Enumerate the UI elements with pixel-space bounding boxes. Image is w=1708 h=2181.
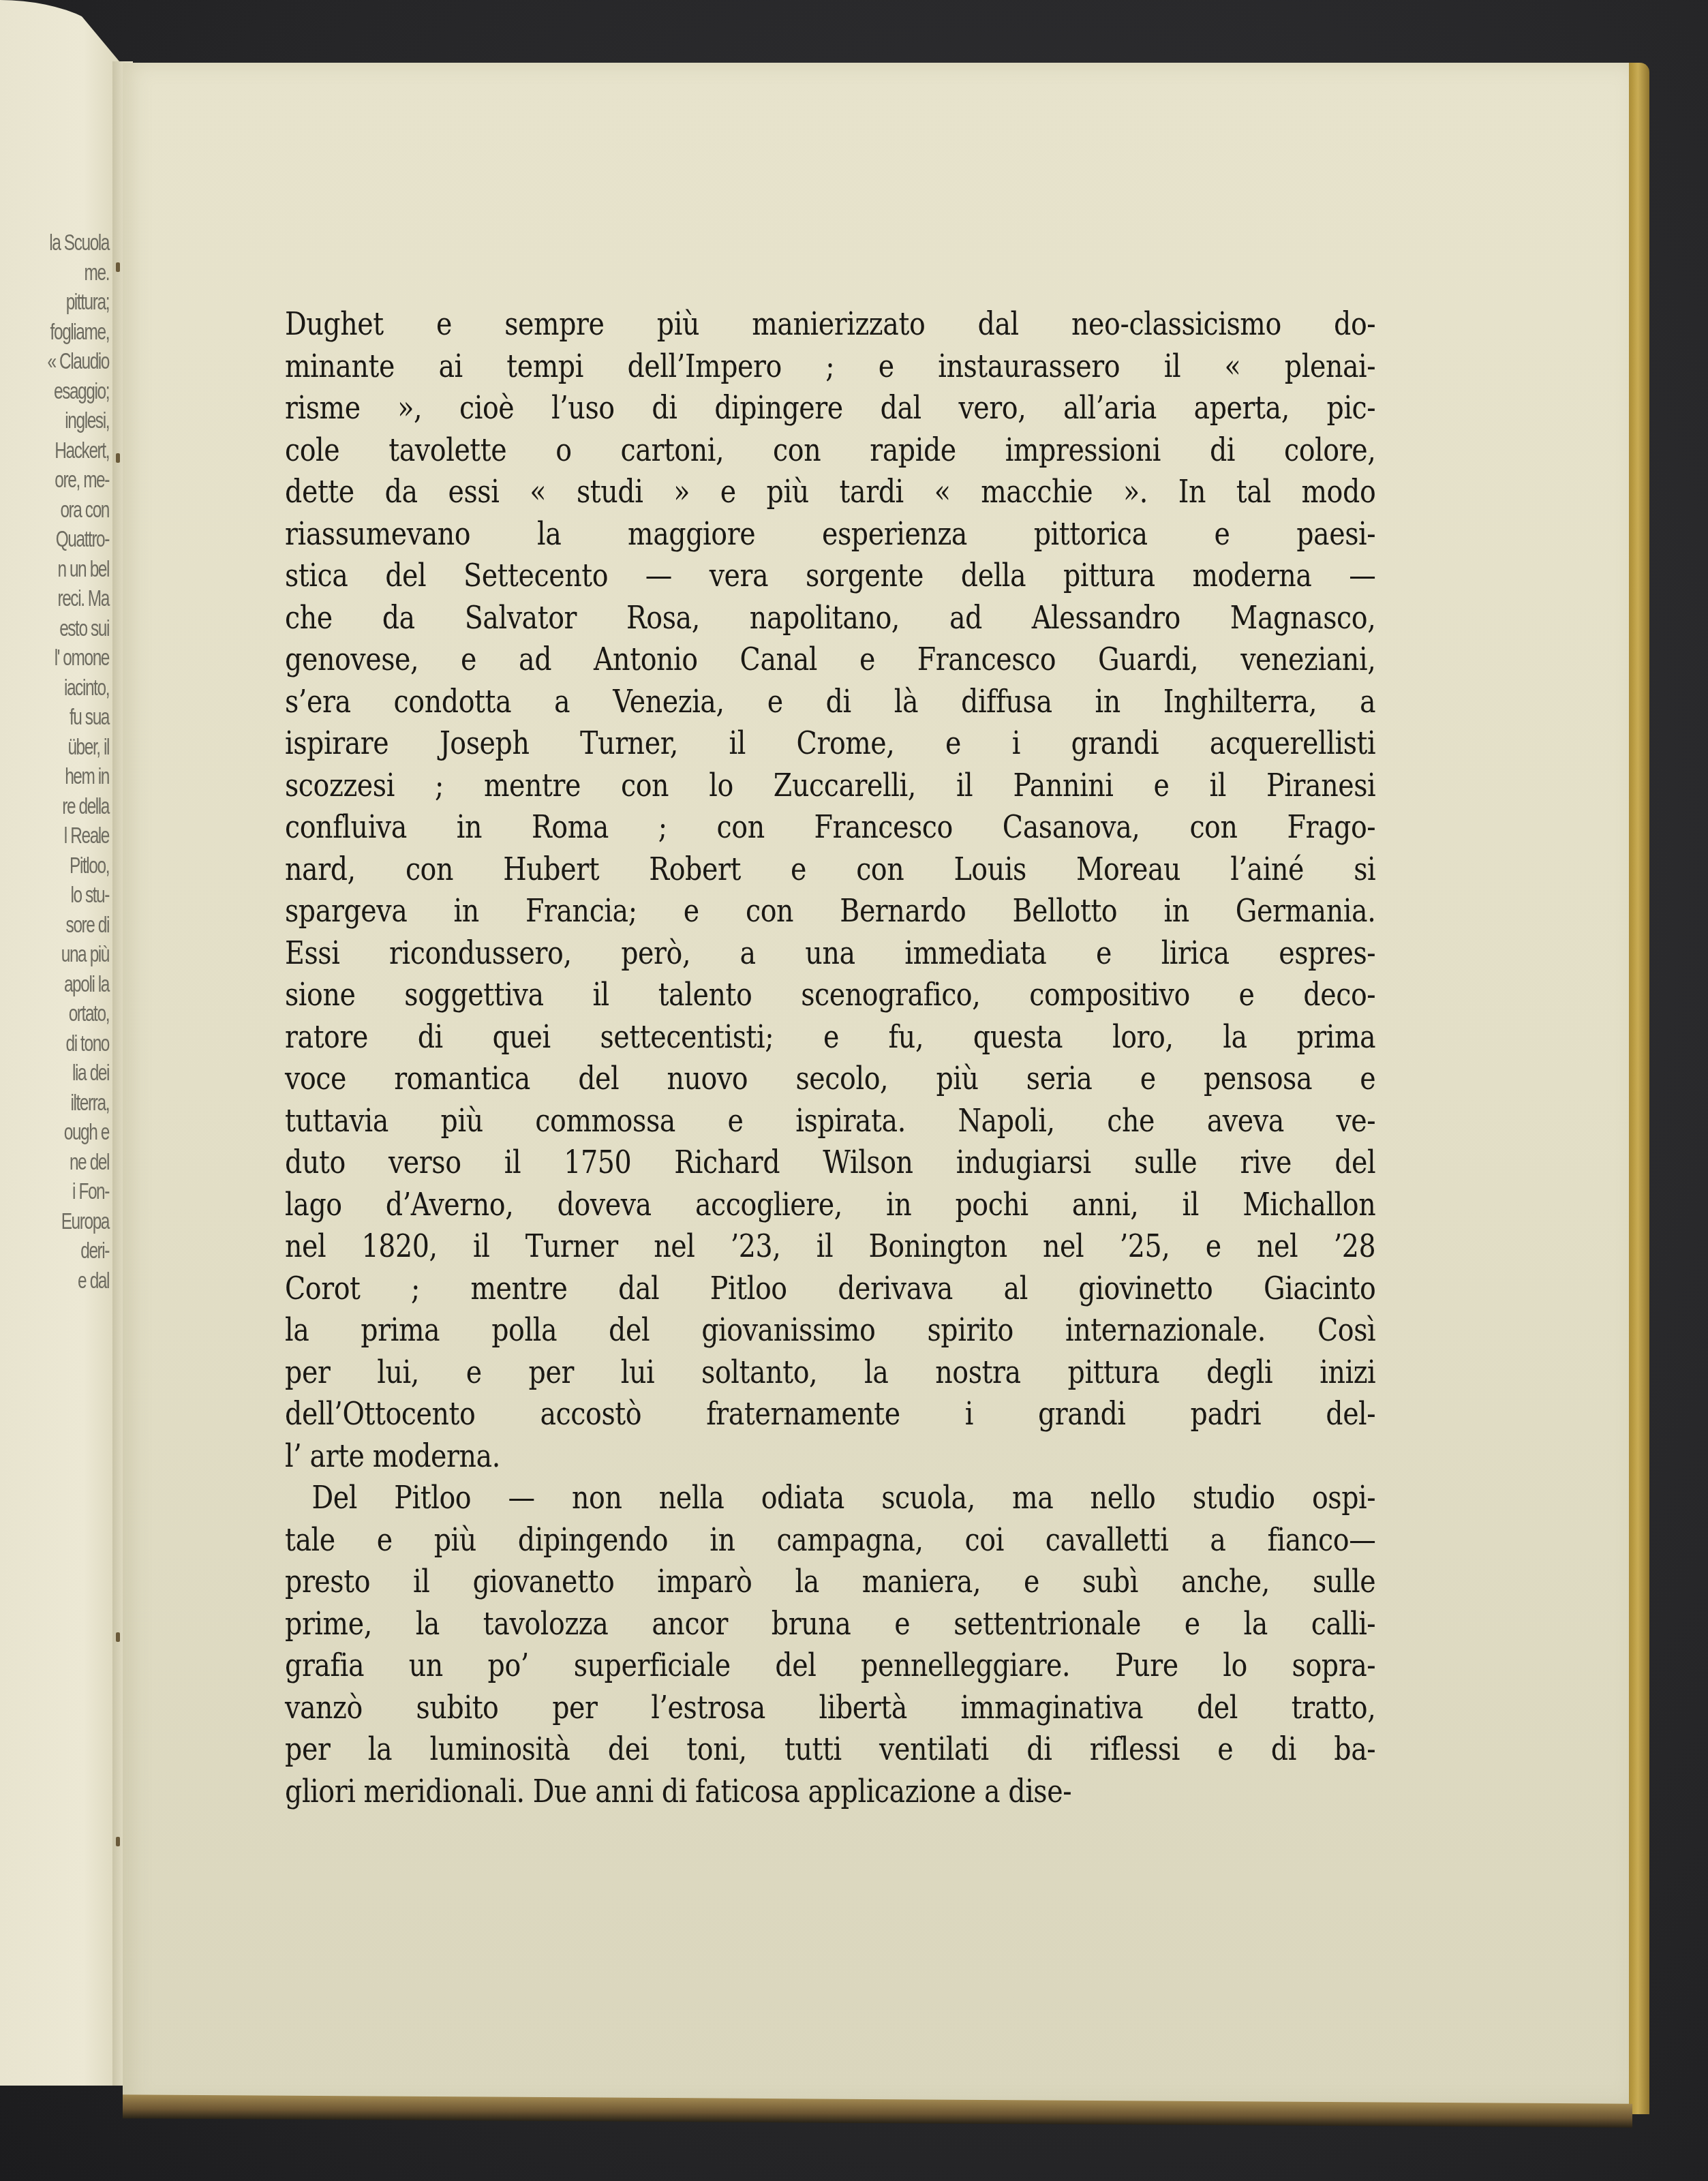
text-line: nard, con Hubert Robert e con Louis More… — [285, 849, 1375, 891]
fragment-line: esaggio; — [31, 377, 109, 407]
body-text: Dughet e sempre più manierizzato dal neo… — [285, 303, 1375, 1812]
text-line: che da Salvator Rosa, napolitano, ad Ale… — [285, 597, 1375, 639]
paragraph: Del Pitloo — non nella odiata scuola, ma… — [285, 1477, 1375, 1812]
text-line: per lui, e per lui soltanto, la nostra p… — [285, 1352, 1375, 1394]
fragment-line: Pitloo, — [31, 851, 109, 881]
text-line: per la luminosità dei toni, tutti ventil… — [285, 1728, 1375, 1771]
text-line: Corot ; mentre dal Pitloo derivava al gi… — [285, 1268, 1375, 1310]
fragment-line: esto sui — [31, 614, 109, 644]
text-line: l’ arte moderna. — [285, 1435, 1375, 1478]
fragment-line: reci. Ma — [31, 584, 109, 614]
binding-stitch-mark — [116, 1837, 120, 1846]
fragment-line: fogliame, — [31, 318, 109, 348]
fragment-line: iacinto, — [31, 673, 109, 703]
text-line: dell’Ottocento accostò fraternamente i g… — [285, 1393, 1375, 1435]
fragment-line: hem in — [31, 762, 109, 792]
fragment-line: Hackert, — [31, 436, 109, 466]
text-line: stica del Settecento — vera sorgente del… — [285, 555, 1375, 597]
text-line: risme », cioè l’uso di dipingere dal ver… — [285, 387, 1375, 429]
previous-page-edge: la Scuolame.pittura;fogliame,« Claudioes… — [0, 0, 119, 2086]
text-line: scozzesi ; mentre con lo Zuccarelli, il … — [285, 765, 1375, 807]
text-line: tale e più dipingendo in campagna, coi c… — [285, 1519, 1375, 1561]
fragment-line: n un bel — [31, 555, 109, 585]
fragment-line: ne del — [31, 1148, 109, 1178]
fragment-line: inglesi, — [31, 406, 109, 436]
text-line: Essi ricondussero, però, a una immediata… — [285, 932, 1375, 975]
text-line: sione soggettiva il talento scenografico… — [285, 974, 1375, 1016]
fragment-line: über, il — [31, 733, 109, 763]
text-line: minante ai tempi dell’Impero ; e instaur… — [285, 346, 1375, 388]
text-line: cole tavolette o cartoni, con rapide imp… — [285, 429, 1375, 472]
text-line: ispirare Joseph Turner, il Crome, e i gr… — [285, 722, 1375, 765]
previous-page-text-fragments: la Scuolame.pittura;fogliame,« Claudioes… — [31, 228, 109, 1296]
text-line: prime, la tavolozza ancor bruna e setten… — [285, 1603, 1375, 1645]
binding-stitch-mark — [116, 453, 120, 463]
fragment-line: di tono — [31, 1029, 109, 1059]
text-line: vanzò subito per l’estrosa libertà immag… — [285, 1687, 1375, 1729]
text-line: presto il giovanetto imparò la maniera, … — [285, 1561, 1375, 1603]
fragment-line: l' omone — [31, 643, 109, 673]
paragraph: Dughet e sempre più manierizzato dal neo… — [285, 303, 1375, 1477]
text-line: confluiva in Roma ; con Francesco Casano… — [285, 806, 1375, 849]
text-line: genovese, e ad Antonio Canal e Francesco… — [285, 639, 1375, 681]
fragment-line: Quattro- — [31, 525, 109, 555]
fragment-line: l Reale — [31, 821, 109, 851]
text-line: voce romantica del nuovo secolo, più ser… — [285, 1058, 1375, 1100]
fragment-line: pittura; — [31, 288, 109, 318]
fragment-line: apoli la — [31, 970, 109, 1000]
fragment-line: ortato, — [31, 999, 109, 1029]
binding-stitch-mark — [116, 1632, 120, 1642]
text-line: spargeva in Francia; e con Bernardo Bell… — [285, 890, 1375, 932]
fragment-line: sore di — [31, 911, 109, 941]
fragment-line: una più — [31, 940, 109, 970]
fragment-line: me. — [31, 258, 109, 288]
fragment-line: deri- — [31, 1236, 109, 1266]
binding-stitch-mark — [116, 262, 120, 272]
text-line: Del Pitloo — non nella odiata scuola, ma… — [285, 1477, 1375, 1519]
text-line: ratore di quei settecentisti; e fu, ques… — [285, 1016, 1375, 1058]
fragment-line: « Claudio — [31, 347, 109, 377]
fragment-line: lia dei — [31, 1058, 109, 1088]
text-line: lago d’Averno, doveva accogliere, in poc… — [285, 1184, 1375, 1226]
text-line: gliori meridionali. Due anni di faticosa… — [285, 1771, 1375, 1813]
fragment-line: ilterra, — [31, 1088, 109, 1118]
text-line: la prima polla del giovanissimo spirito … — [285, 1309, 1375, 1352]
text-line: nel 1820, il Turner nel ’23, il Boningto… — [285, 1225, 1375, 1268]
fragment-line: ough e — [31, 1118, 109, 1148]
text-line: Dughet e sempre più manierizzato dal neo… — [285, 303, 1375, 346]
fragment-line: la Scuola — [31, 228, 109, 258]
fragment-line: ore, me- — [31, 466, 109, 495]
text-line: s’era condotta a Venezia, e di là diffus… — [285, 681, 1375, 723]
fragment-line: lo stu- — [31, 881, 109, 911]
text-line: dette da essi « studi » e più tardi « ma… — [285, 471, 1375, 513]
text-line: tuttavia più commossa e ispirata. Napoli… — [285, 1100, 1375, 1142]
fragment-line: ora con — [31, 495, 109, 525]
fragment-line: Europa — [31, 1207, 109, 1237]
text-line: duto verso il 1750 Richard Wilson indugi… — [285, 1142, 1375, 1184]
text-line: riassumevano la maggiore esperienza pitt… — [285, 513, 1375, 555]
fragment-line: i Fon- — [31, 1177, 109, 1207]
fragment-line: e dal — [31, 1266, 109, 1296]
fragment-line: re della — [31, 792, 109, 822]
text-line: grafia un po’ superficiale del pennelleg… — [285, 1645, 1375, 1687]
fragment-line: fu sua — [31, 703, 109, 733]
